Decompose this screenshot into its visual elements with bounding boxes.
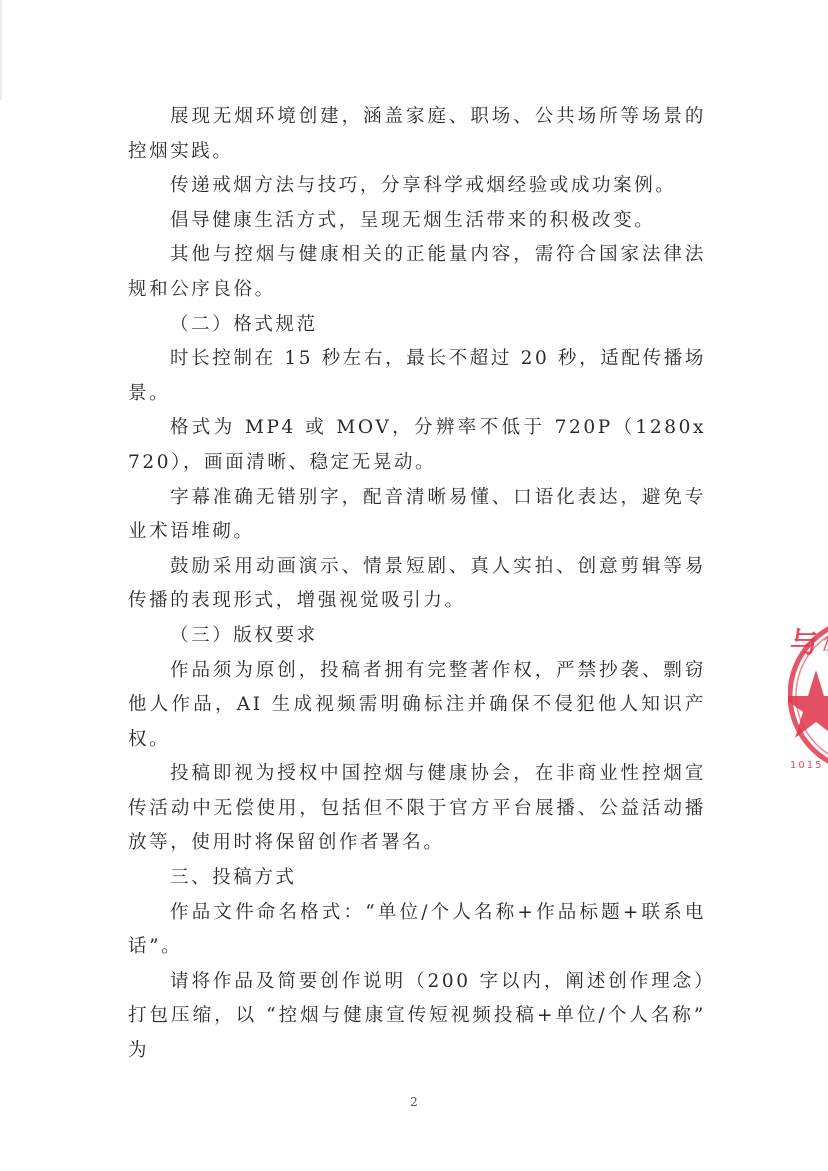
paragraph-quit-smoking-methods: 传递戒烟方法与技巧，分享科学戒烟经验或成功案例。 [128,169,706,204]
official-seal-stamp: 与 健 1015 [788,600,828,790]
paragraph-file-naming: 作品文件命名格式：“单位/个人名称+作品标题+联系电话”。 [128,896,706,965]
seal-char: 与 [790,626,818,659]
paragraph-packaging: 请将作品及简要创作说明（200 字以内，阐述创作理念）打包压缩，以 “控烟与健康… [128,965,706,1069]
paragraph-healthy-lifestyle: 倡导健康生活方式，呈现无烟生活带来的积极改变。 [128,204,706,239]
paragraph-subtitles: 字幕准确无错别字，配音清晰易懂、口语化表达，避免专业术语堆砌。 [128,481,706,550]
paragraph-smoke-free-environment: 展现无烟环境创建，涵盖家庭、职场、公共场所等场景的控烟实践。 [128,100,706,169]
heading-submission-method: 三、投稿方式 [128,861,706,896]
paragraph-originality: 作品须为原创，投稿者拥有完整著作权，严禁抄袭、剽窃他人作品，AI 生成视频需明确… [128,654,706,758]
paragraph-other-content: 其他与控烟与健康相关的正能量内容，需符合国家法律法规和公序良俗。 [128,238,706,307]
svg-text:1015: 1015 [790,760,823,771]
seal-circle-icon: 与 健 1015 [788,600,828,790]
scan-edge-shadow [0,0,3,100]
paragraph-presentation-forms: 鼓励采用动画演示、情景短剧、真人实拍、创意剪辑等易传播的表现形式，增强视觉吸引力… [128,550,706,619]
subheading-copyright: （三）版权要求 [128,619,706,654]
paragraph-authorization: 投稿即视为授权中国控烟与健康协会，在非商业性控烟宣传活动中无偿使用，包括但不限于… [128,757,706,861]
document-page-body: 展现无烟环境创建，涵盖家庭、职场、公共场所等场景的控烟实践。 传递戒烟方法与技巧… [128,100,706,1069]
paragraph-video-format: 格式为 MP4 或 MOV，分辨率不低于 720P（1280x720），画面清晰… [128,411,706,480]
page-number: 2 [0,1095,828,1109]
subheading-format-spec: （二）格式规范 [128,308,706,343]
paragraph-duration: 时长控制在 15 秒左右，最长不超过 20 秒，适配传播场景。 [128,342,706,411]
